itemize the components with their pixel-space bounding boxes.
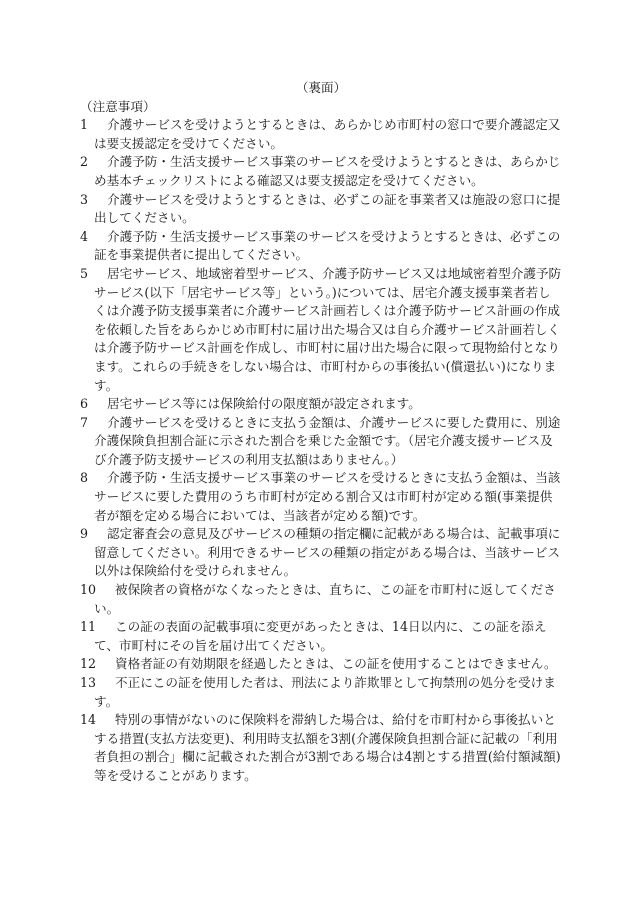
note-number: 13 bbox=[80, 674, 96, 693]
note-text: 特別の事情がないのに保険料を滞納した場合は、給付を市町村から事後払いとする措置(… bbox=[94, 711, 562, 785]
note-item-9: 9認定審査会の意見及びサービスの種類の指定欄に記載がある場合は、記載事項に留意し… bbox=[80, 525, 562, 581]
note-item-8: 8介護予防・生活支援サービス事業のサービスを受けるときに支払う金額は、当該サービ… bbox=[80, 469, 562, 525]
note-item-13: 13不正にこの証を使用した者は、刑法により詐欺罪として拘禁刑の処分を受けます。 bbox=[80, 674, 562, 711]
note-text: 居宅サービス等には保険給付の限度額が設定されます。 bbox=[94, 395, 562, 414]
note-text: 介護サービスを受けるときに支払う金額は、介護サービスに要した費用に、別途介護保険… bbox=[94, 414, 562, 470]
note-item-12: 12資格者証の有効期限を経過したときは、この証を使用することはできません。 bbox=[80, 655, 562, 674]
note-number: 11 bbox=[80, 618, 96, 637]
note-number: 8 bbox=[80, 469, 88, 488]
note-number: 14 bbox=[80, 711, 96, 730]
note-text: 居宅サービス、地域密着型サービス、介護予防サービス又は地域密着型介護予防サービス… bbox=[94, 265, 562, 395]
notes-heading: （注意事項） bbox=[80, 98, 562, 117]
note-text: 資格者証の有効期限を経過したときは、この証を使用することはできません。 bbox=[94, 655, 562, 674]
note-number: 10 bbox=[80, 581, 96, 600]
note-item-5: 5居宅サービス、地域密着型サービス、介護予防サービス又は地域密着型介護予防サービ… bbox=[80, 265, 562, 395]
note-item-4: 4介護予防・生活支援サービス事業のサービスを受けようとするときは、必ずこの証を事… bbox=[80, 228, 562, 265]
note-number: 7 bbox=[80, 414, 88, 433]
note-number: 12 bbox=[80, 655, 96, 674]
note-text: 被保険者の資格がなくなったときは、直ちに、この証を市町村に返してください。 bbox=[94, 581, 562, 618]
note-text: この証の表面の記載事項に変更があったときは、14日以内に、この証を添えて、市町村… bbox=[94, 618, 562, 655]
note-item-2: 2介護予防・生活支援サービス事業のサービスを受けようとするときは、あらかじめ基本… bbox=[80, 153, 562, 190]
note-text: 介護サービスを受けようとするときは、あらかじめ市町村の窓口で要介護認定又は要支援… bbox=[94, 116, 562, 153]
note-text: 介護予防・生活支援サービス事業のサービスを受けようとするときは、必ずこの証を事業… bbox=[94, 228, 562, 265]
note-text: 介護予防・生活支援サービス事業のサービスを受けるときに支払う金額は、当該サービス… bbox=[94, 469, 562, 525]
note-number: 1 bbox=[80, 116, 88, 135]
side-label: （裏面） bbox=[80, 79, 562, 98]
note-item-6: 6居宅サービス等には保険給付の限度額が設定されます。 bbox=[80, 395, 562, 414]
note-item-11: 11この証の表面の記載事項に変更があったときは、14日以内に、この証を添えて、市… bbox=[80, 618, 562, 655]
note-item-1: 1介護サービスを受けようとするときは、あらかじめ市町村の窓口で要介護認定又は要支… bbox=[80, 116, 562, 153]
note-item-14: 14特別の事情がないのに保険料を滞納した場合は、給付を市町村から事後払いとする措… bbox=[80, 711, 562, 785]
note-item-3: 3介護サービスを受けようとするときは、必ずこの証を事業者又は施設の窓口に提出して… bbox=[80, 191, 562, 228]
note-number: 5 bbox=[80, 265, 88, 284]
note-number: 9 bbox=[80, 525, 88, 544]
note-number: 6 bbox=[80, 395, 88, 414]
note-item-10: 10被保険者の資格がなくなったときは、直ちに、この証を市町村に返してください。 bbox=[80, 581, 562, 618]
note-item-7: 7介護サービスを受けるときに支払う金額は、介護サービスに要した費用に、別途介護保… bbox=[80, 414, 562, 470]
note-number: 4 bbox=[80, 228, 88, 247]
side-label-text: （裏面） bbox=[296, 79, 346, 98]
note-text: 不正にこの証を使用した者は、刑法により詐欺罪として拘禁刑の処分を受けます。 bbox=[94, 674, 562, 711]
note-text: 介護サービスを受けようとするときは、必ずこの証を事業者又は施設の窓口に提出してく… bbox=[94, 191, 562, 228]
note-text: 介護予防・生活支援サービス事業のサービスを受けようとするときは、あらかじめ基本チ… bbox=[94, 153, 562, 190]
note-number: 2 bbox=[80, 153, 88, 172]
document-page: （裏面） （注意事項） 1介護サービスを受けようとするときは、あらかじめ市町村の… bbox=[80, 79, 562, 786]
note-number: 3 bbox=[80, 191, 88, 210]
note-text: 認定審査会の意見及びサービスの種類の指定欄に記載がある場合は、記載事項に留意して… bbox=[94, 525, 562, 581]
